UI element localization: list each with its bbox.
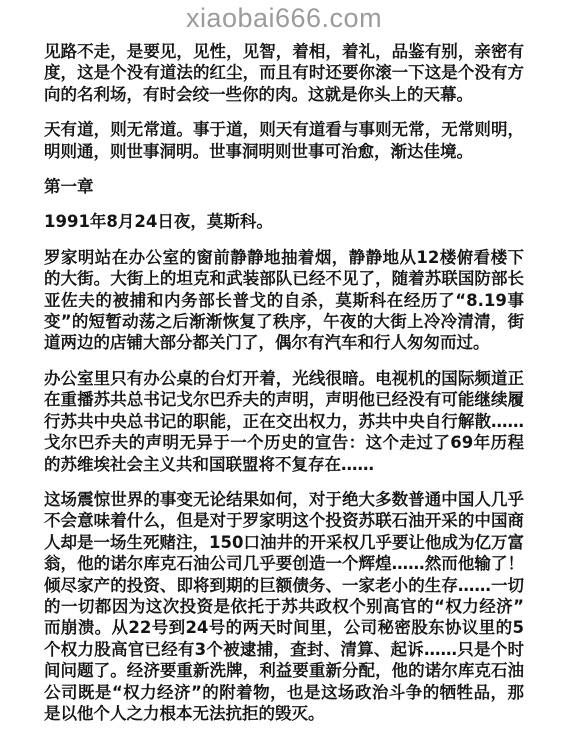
body-paragraph: 罗家明站在办公室的窗前静静地抽着烟，静静地从12楼俯看楼下的大街。大街上的坦克和… [44, 247, 524, 354]
reader-page: xiaobai666.com 见路不走，是要见，见性，见智，着相，着礼，品鉴有别… [0, 0, 568, 750]
body-paragraph: 办公室里只有办公桌的台灯开着，光线很暗。电视机的国际频道正在重播苏共总书记戈尔巴… [44, 368, 524, 475]
epigraph-paragraph: 见路不走，是要见，见性，见智，着相，着礼，品鉴有别，亲密有度，这是个没有道法的红… [44, 41, 524, 105]
body-paragraph: 1991年8月24日夜，莫斯科。 [44, 211, 524, 232]
watermark-site-name: xiaobai666.com [0, 3, 568, 34]
chapter-heading: 第一章 [44, 176, 524, 197]
novel-text: 见路不走，是要见，见性，见智，着相，着礼，品鉴有别，亲密有度，这是个没有道法的红… [44, 41, 524, 724]
epigraph-section: 见路不走，是要见，见性，见智，着相，着礼，品鉴有别，亲密有度，这是个没有道法的红… [44, 41, 524, 162]
body-section: 1991年8月24日夜，莫斯科。 罗家明站在办公室的窗前静静地抽着烟，静静地从1… [44, 211, 524, 724]
epigraph-paragraph: 天有道，则无常道。事于道，则天有道看与事则无常，无常则明，明则通，则世事洞明。世… [44, 119, 524, 162]
body-paragraph: 这场震惊世界的事变无论结果如何，对于绝大多数普通中国人几乎不会意味着什么，但是对… [44, 489, 524, 724]
